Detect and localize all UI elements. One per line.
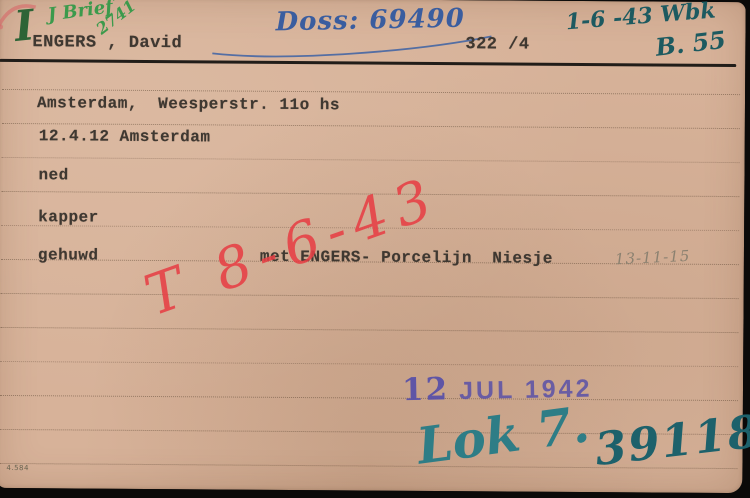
- date-stamp-day: 12: [402, 371, 450, 408]
- person-name: ENGERS , David: [32, 33, 182, 53]
- occupation-field: kapper: [38, 208, 99, 226]
- marital-status-field: gehuwd: [38, 246, 99, 264]
- header-underline: [0, 59, 736, 67]
- red-corner-dot: [0, 24, 3, 29]
- registration-card: I J Brief 2741 Doss: 69490 1-6 -43 Wbk B…: [0, 0, 746, 493]
- form-print-code: 4.584: [6, 464, 29, 472]
- nationality-field: ned: [38, 166, 68, 184]
- card-number: 322 /4: [465, 35, 529, 54]
- ruled-line: [2, 157, 740, 163]
- ruled-line: [0, 395, 738, 401]
- dossier-number-note: Doss: 69490: [275, 4, 465, 38]
- barrack-note: B. 55: [654, 25, 727, 62]
- ruled-line: [1, 293, 739, 299]
- ruled-line: [0, 361, 738, 367]
- serial-number-note: 39118: [592, 404, 750, 476]
- address-field: Amsterdam, Weesperstr. 11o hs: [37, 94, 340, 114]
- birth-date-place-field: 12.4.12 Amsterdam: [39, 127, 211, 146]
- ruled-line: [0, 327, 738, 333]
- dossier-underline-flourish: [212, 34, 491, 58]
- spouse-pencil-date: 13-11-15: [615, 247, 691, 268]
